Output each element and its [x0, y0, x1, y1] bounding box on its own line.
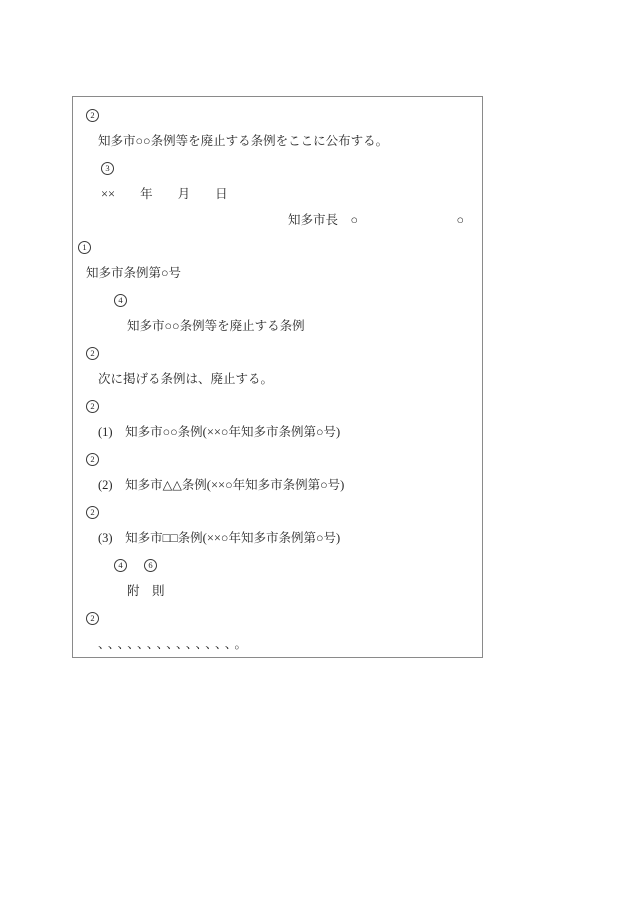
format-marker-line: 4 [73, 287, 482, 314]
supplementary-provisions-heading: 附 則 [73, 578, 482, 605]
format-marker-line: 2 [73, 499, 482, 526]
circled-number-2-icon: 2 [86, 453, 99, 466]
mayor-title-and-name-placeholder: 知多市長 ○ [288, 213, 358, 227]
circled-number-6-icon: 6 [144, 559, 157, 572]
date-line: ×× 年 月 日 [73, 181, 482, 208]
ordinance-number-line: 知多市条例第○号 [73, 260, 482, 287]
circled-number-2-icon: 2 [86, 400, 99, 413]
circled-number-4-icon: 4 [114, 559, 127, 572]
repeal-item-1: (1) 知多市○○条例(××○年知多市条例第○号) [73, 419, 482, 446]
format-marker-line: 1 [73, 234, 482, 261]
format-marker-line: 3 [73, 154, 482, 181]
format-marker-line: 2 [73, 446, 482, 473]
circled-number-2-icon: 2 [86, 109, 99, 122]
format-marker-line: 2 [73, 605, 482, 632]
ordinance-title-line: 知多市○○条例等を廃止する条例 [73, 313, 482, 340]
mayor-signature-line: 知多市長 ○○ [73, 207, 482, 234]
ordinance-example-box: 2知多市○○条例等を廃止する条例をここに公布する。3×× 年 月 日知多市長 ○… [72, 96, 483, 658]
format-marker-line: 2 [73, 340, 482, 367]
circled-number-4-icon: 4 [114, 294, 127, 307]
repeal-item-2: (2) 知多市△△条例(××○年知多市条例第○号) [73, 472, 482, 499]
repeal-item-3: (3) 知多市□□条例(××○年知多市条例第○号) [73, 525, 482, 552]
format-marker-line: 2 [73, 393, 482, 420]
circled-number-2-icon: 2 [86, 506, 99, 519]
promulgation-sentence: 知多市○○条例等を廃止する条例をここに公布する。 [73, 128, 482, 155]
format-marker-line: 2 [73, 101, 482, 128]
format-marker-line: 46 [73, 552, 482, 579]
circled-number-2-icon: 2 [86, 347, 99, 360]
circled-number-1-icon: 1 [78, 241, 91, 254]
main-provision-sentence: 次に掲げる条例は、廃止する。 [73, 366, 482, 393]
document-page: ウ三つ以上の条例を廃止するとき。 2知多市○○条例等を廃止する条例をここに公布す… [0, 0, 630, 903]
seal-placeholder-circle: ○ [456, 207, 464, 234]
section-heading: ウ三つ以上の条例を廃止するとき。 [98, 76, 327, 96]
circled-number-3-icon: 3 [101, 162, 114, 175]
circled-number-2-icon: 2 [86, 612, 99, 625]
omitted-text-line: 、、、、、、、、、、、、、、。 [73, 631, 482, 658]
